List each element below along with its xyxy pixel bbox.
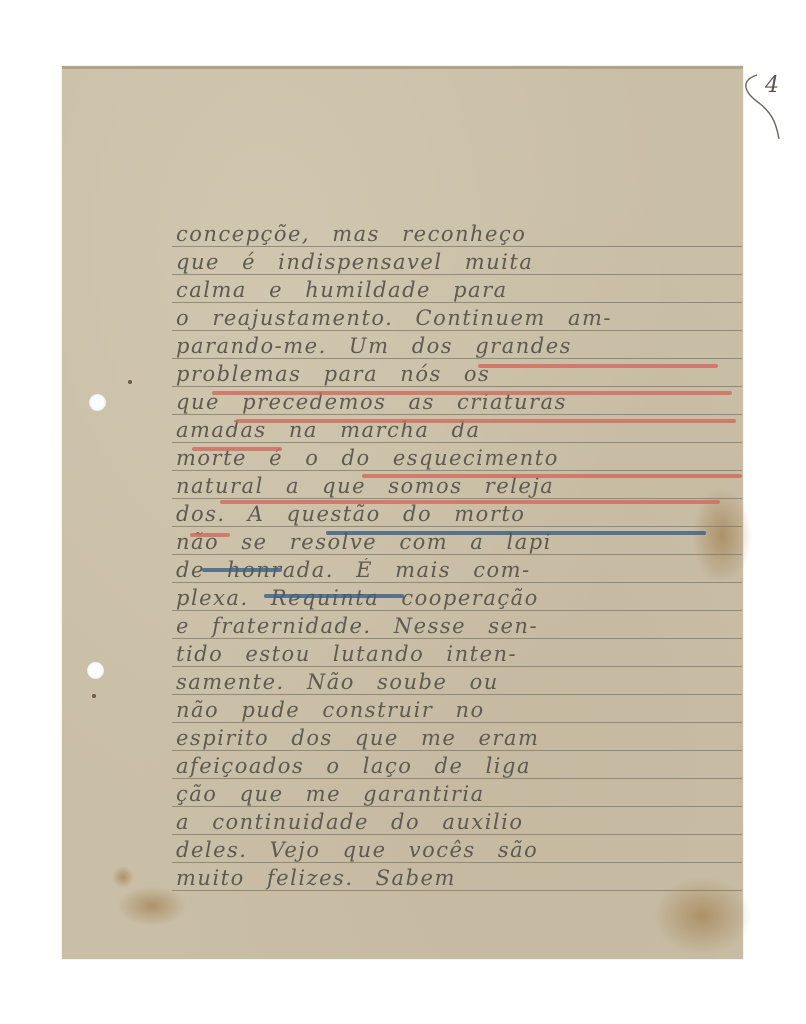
manuscript-line: parando-me. Um dos grandes [176, 334, 736, 360]
manuscript-line: samente. Não soube ou [176, 670, 736, 696]
manuscript-line: espirito dos que me eram [176, 726, 736, 752]
manuscript-line: não pude construir no [176, 698, 736, 724]
red-underline [192, 447, 282, 451]
stain-small-left [112, 866, 134, 888]
manuscript-line: deles. Vejo que vocês são [176, 838, 736, 864]
manuscript-line: calma e humildade para [176, 278, 736, 304]
manuscript-line: dos. A questão do morto [176, 502, 736, 528]
red-underline [190, 533, 230, 537]
blue-underline [264, 594, 404, 598]
manuscript-line: ção que me garantiria [176, 782, 736, 808]
blue-underline [202, 568, 282, 572]
speck [128, 380, 132, 384]
manuscript-line: tido estou lutando inten- [176, 642, 736, 668]
punch-hole-lower [87, 662, 104, 679]
manuscript-line: afeiçoados o laço de liga [176, 754, 736, 780]
red-underline [362, 474, 742, 478]
manuscript-line: a continuidade do auxilio [176, 810, 736, 836]
manuscript-page: 4 concepçõe, mas reconheço que é indispe… [62, 66, 743, 959]
red-underline [220, 500, 720, 504]
manuscript-line: concepçõe, mas reconheço [176, 222, 736, 248]
red-underline [212, 391, 732, 395]
page-number-text: 4 [765, 73, 779, 98]
manuscript-line: plexa. Requinta cooperação [176, 586, 736, 612]
blue-underline [326, 531, 706, 535]
text-body: concepçõe, mas reconheço que é indispens… [172, 66, 742, 959]
manuscript-line: muito felizes. Sabem [176, 866, 736, 892]
speck [92, 694, 96, 698]
manuscript-line: o reajustamento. Continuem am- [176, 306, 736, 332]
red-underline [478, 364, 718, 368]
manuscript-line: e fraternidade. Nesse sen- [176, 614, 736, 640]
punch-hole-upper [89, 394, 106, 411]
red-underline [236, 419, 736, 423]
manuscript-line: que é indispensavel muita [176, 250, 736, 276]
